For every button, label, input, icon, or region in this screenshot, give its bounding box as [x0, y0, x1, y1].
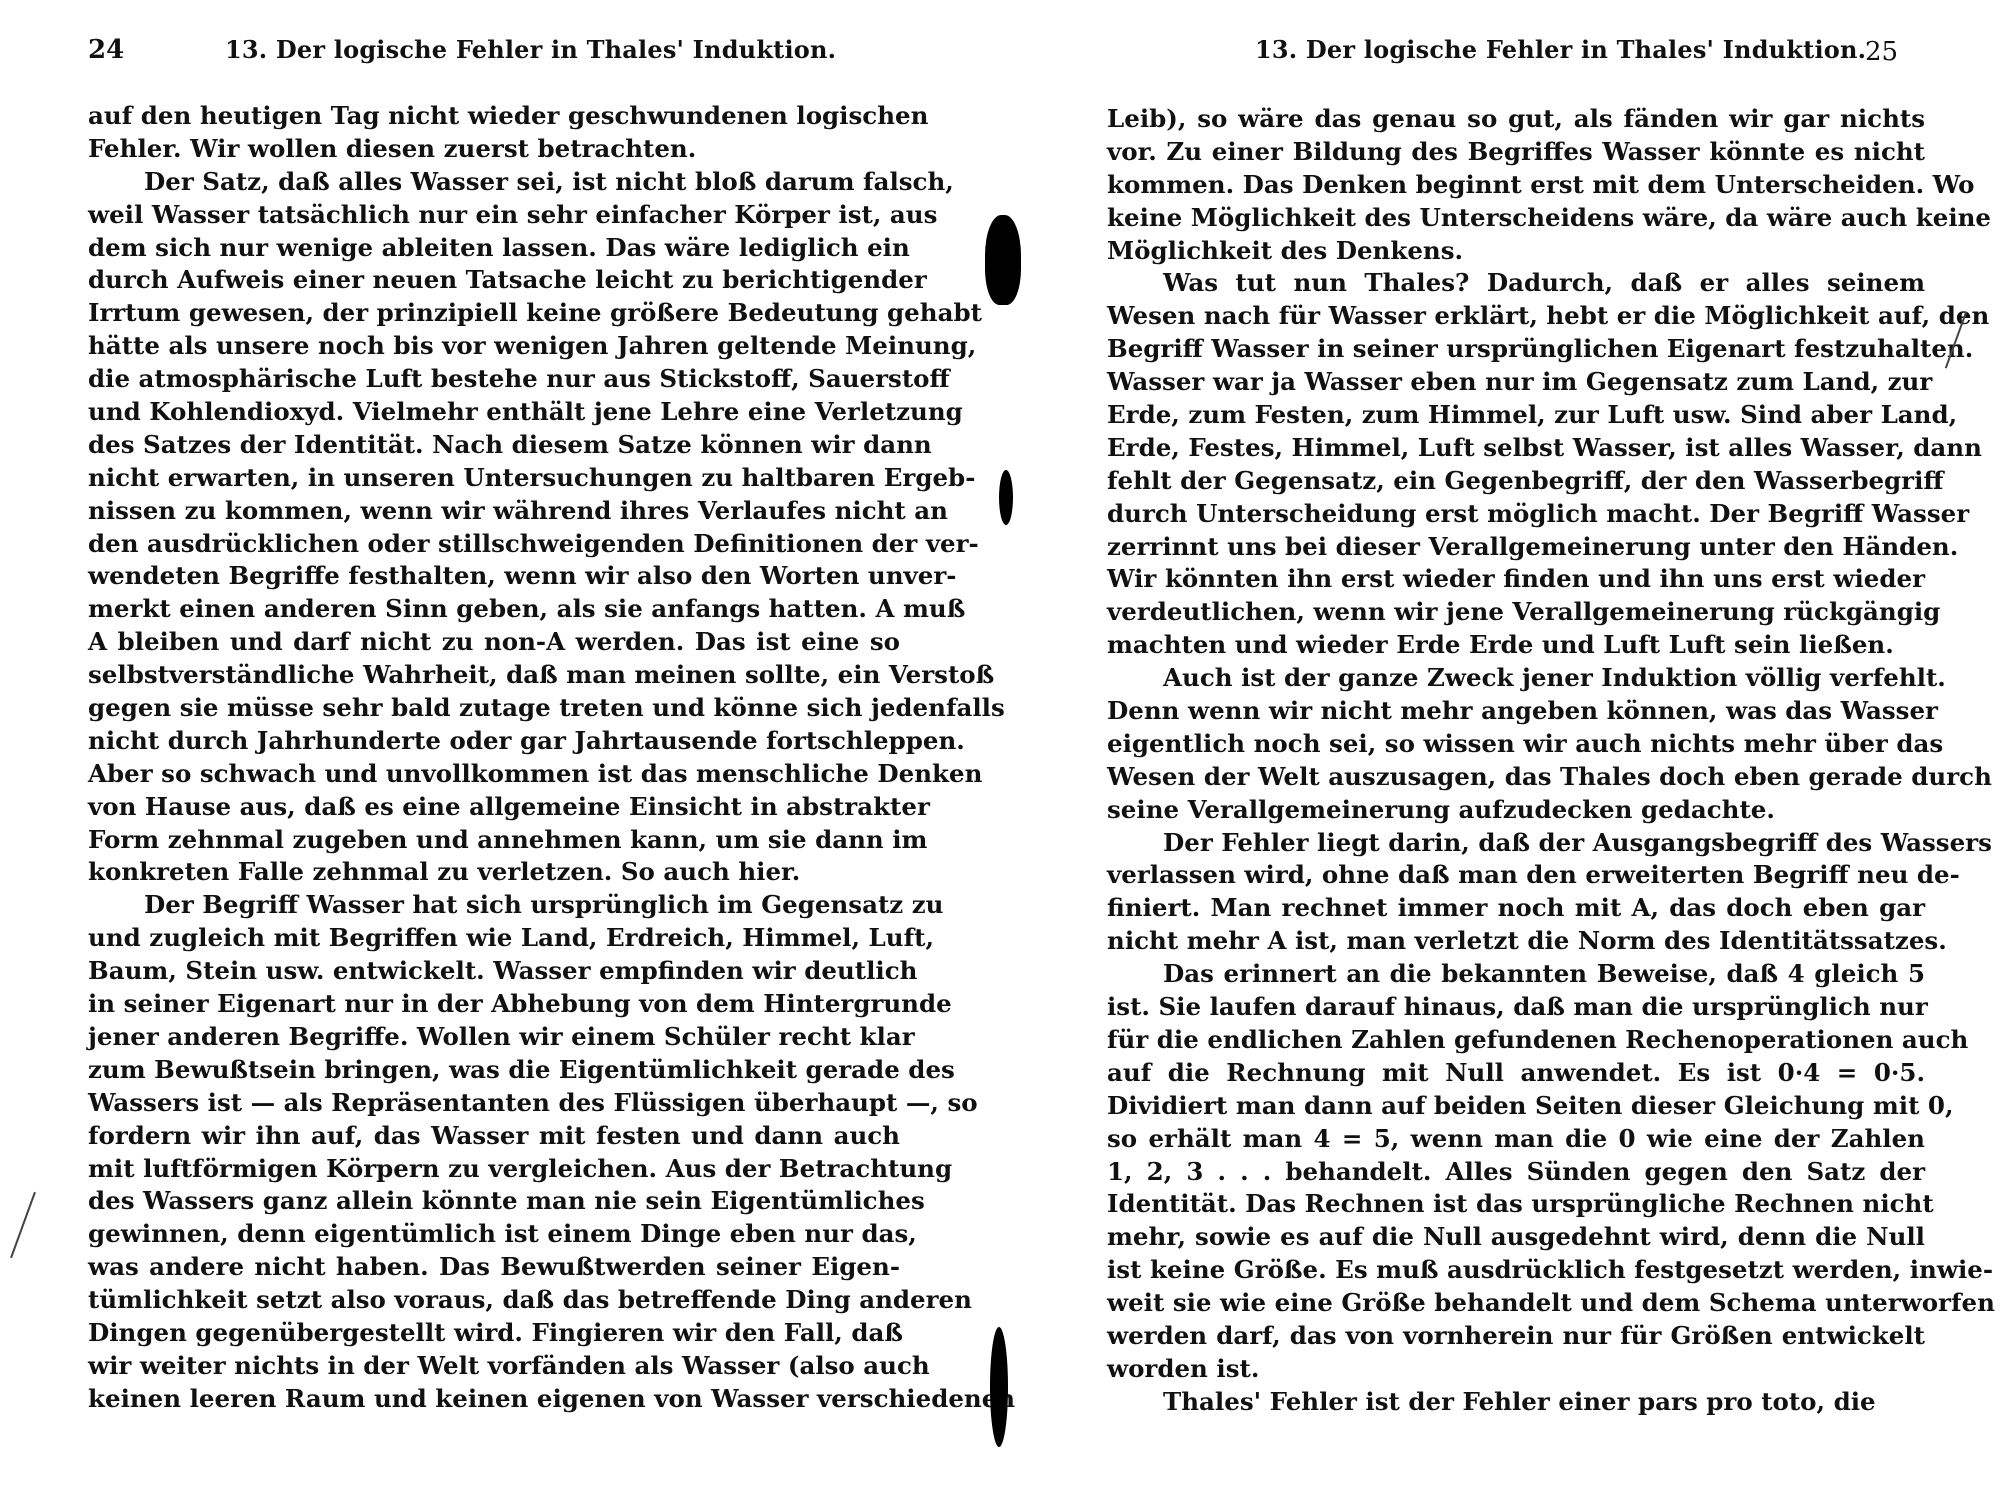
text-line: Wassers ist — als Repräsentanten des Flü…	[88, 1087, 900, 1120]
text-line: Wesen der Welt auszusagen, das Thales do…	[1107, 761, 1925, 794]
text-line: kommen. Das Denken beginnt erst mit dem …	[1107, 169, 1925, 202]
page-body-text: Leib), so wäre das genau so gut, als fän…	[1107, 103, 1925, 1419]
text-line: Das erinnert an die bekannten Beweise, d…	[1107, 958, 1925, 991]
text-line: Aber so schwach und unvollkommen ist das…	[88, 758, 900, 791]
text-line: wendeten Begriffe festhalten, wenn wir a…	[88, 560, 900, 593]
text-line: auf den heutigen Tag nicht wieder geschw…	[88, 100, 900, 133]
text-line: nicht mehr A ist, man verletzt die Norm …	[1107, 925, 1925, 958]
text-line: Irrtum gewesen, der prinzipiell keine gr…	[88, 297, 900, 330]
text-line: verlassen wird, ohne daß man den erweite…	[1107, 859, 1925, 892]
text-line: Denn wenn wir nicht mehr angeben können,…	[1107, 695, 1925, 728]
text-line: selbstverständliche Wahrheit, daß man me…	[88, 659, 900, 692]
text-line: auf die Rechnung mit Null anwendet. Es i…	[1107, 1057, 1925, 1090]
text-line: zum Bewußtsein bringen, was die Eigentüm…	[88, 1054, 900, 1087]
text-line: so erhält man 4 = 5, wenn man die 0 wie …	[1107, 1123, 1925, 1156]
text-line: die atmosphärische Luft bestehe nur aus …	[88, 363, 900, 396]
text-line: fordern wir ihn auf, das Wasser mit fest…	[88, 1120, 900, 1153]
text-line: Baum, Stein usw. entwickelt. Wasser empf…	[88, 955, 900, 988]
text-line: hätte als unsere noch bis vor wenigen Ja…	[88, 330, 900, 363]
text-line: nicht erwarten, in unseren Untersuchunge…	[88, 462, 900, 495]
text-line: dem sich nur wenige ableiten lassen. Das…	[88, 232, 900, 265]
text-line: A bleiben und darf nicht zu non-A werden…	[88, 626, 900, 659]
text-line: eigentlich noch sei, so wissen wir auch …	[1107, 728, 1925, 761]
text-line: mehr, sowie es auf die Null ausgedehnt w…	[1107, 1221, 1925, 1254]
left-page: 24 13. Der logische Fehler in Thales' In…	[0, 0, 1000, 1497]
text-line: Möglichkeit des Denkens.	[1107, 235, 1925, 268]
text-line: gewinnen, denn eigentümlich ist einem Di…	[88, 1218, 900, 1251]
text-line: Wir könnten ihn erst wieder finden und i…	[1107, 563, 1925, 596]
text-line: seine Verallgemeinerung aufzudecken geda…	[1107, 794, 1925, 827]
page-body-text: auf den heutigen Tag nicht wieder geschw…	[88, 100, 900, 1416]
text-line: Wasser war ja Wasser eben nur im Gegensa…	[1107, 366, 1925, 399]
text-line: ist. Sie laufen darauf hinaus, daß man d…	[1107, 991, 1925, 1024]
text-line: Thales' Fehler ist der Fehler einer pars…	[1107, 1386, 1925, 1419]
text-line: jener anderen Begriffe. Wollen wir einem…	[88, 1021, 900, 1054]
text-line: Form zehnmal zugeben und annehmen kann, …	[88, 824, 900, 857]
text-line: Identität. Das Rechnen ist das ursprüngl…	[1107, 1188, 1925, 1221]
text-line: und Kohlendioxyd. Vielmehr enthält jene …	[88, 396, 900, 429]
text-line: Dividiert man dann auf beiden Seiten die…	[1107, 1090, 1925, 1123]
text-line: vor. Zu einer Bildung des Begriffes Wass…	[1107, 136, 1925, 169]
text-line: werden darf, das von vornherein nur für …	[1107, 1320, 1925, 1353]
text-line: Der Fehler liegt darin, daß der Ausgangs…	[1107, 827, 1925, 860]
text-line: des Satzes der Identität. Nach diesem Sa…	[88, 429, 900, 462]
text-line: Fehler. Wir wollen diesen zuerst betrach…	[88, 133, 900, 166]
text-line: den ausdrücklichen oder stillschweigende…	[88, 528, 900, 561]
text-line: fehlt der Gegensatz, ein Gegenbegriff, d…	[1107, 465, 1925, 498]
text-line: verdeutlichen, wenn wir jene Verallgemei…	[1107, 596, 1925, 629]
text-line: gegen sie müsse sehr bald zutage treten …	[88, 692, 900, 725]
text-line: Wesen nach für Wasser erklärt, hebt er d…	[1107, 300, 1925, 333]
text-line: 1, 2, 3 . . . behandelt. Alles Sünden ge…	[1107, 1156, 1925, 1189]
text-line: zerrinnt uns bei dieser Verallgemeinerun…	[1107, 531, 1925, 564]
page-number: 25	[1865, 32, 1898, 72]
text-line: finiert. Man rechnet immer noch mit A, d…	[1107, 892, 1925, 925]
page-number: 24	[88, 30, 124, 70]
text-line: nicht durch Jahrhunderte oder gar Jahrta…	[88, 725, 900, 758]
text-line: Auch ist der ganze Zweck jener Induktion…	[1107, 662, 1925, 695]
text-line: tümlichkeit setzt also voraus, daß das b…	[88, 1284, 900, 1317]
text-line: machten und wieder Erde Erde und Luft Lu…	[1107, 629, 1925, 662]
text-line: und zugleich mit Begriffen wie Land, Erd…	[88, 922, 900, 955]
text-line: was andere nicht haben. Das Bewußtwerden…	[88, 1251, 900, 1284]
text-line: durch Aufweis einer neuen Tatsache leich…	[88, 264, 900, 297]
text-line: nissen zu kommen, wenn wir während ihres…	[88, 495, 900, 528]
text-line: ist keine Größe. Es muß ausdrücklich fes…	[1107, 1254, 1925, 1287]
text-line: worden ist.	[1107, 1353, 1925, 1386]
text-line: des Wassers ganz allein könnte man nie s…	[88, 1185, 900, 1218]
text-line: durch Unterscheidung erst möglich macht.…	[1107, 498, 1925, 531]
right-page: 13. Der logische Fehler in Thales' Induk…	[1000, 0, 2000, 1497]
text-line: Der Begriff Wasser hat sich ursprünglich…	[88, 889, 900, 922]
text-line: Leib), so wäre das genau so gut, als fän…	[1107, 103, 1925, 136]
text-line: Der Satz, daß alles Wasser sei, ist nich…	[88, 166, 900, 199]
text-line: in seiner Eigenart nur in der Abhebung v…	[88, 988, 900, 1021]
running-head: 13. Der logische Fehler in Thales' Induk…	[225, 30, 836, 70]
text-line: keine Möglichkeit des Unterscheidens wär…	[1107, 202, 1925, 235]
text-line: Dingen gegenübergestellt wird. Fingieren…	[88, 1317, 900, 1350]
text-line: keinen leeren Raum und keinen eigenen vo…	[88, 1383, 900, 1416]
text-line: Erde, Festes, Himmel, Luft selbst Wasser…	[1107, 432, 1925, 465]
text-line: weit sie wie eine Größe behandelt und de…	[1107, 1287, 1925, 1320]
text-line: merkt einen anderen Sinn geben, als sie …	[88, 593, 900, 626]
text-line: für die endlichen Zahlen gefundenen Rech…	[1107, 1024, 1925, 1057]
text-line: weil Wasser tatsächlich nur ein sehr ein…	[88, 199, 900, 232]
running-head: 13. Der logische Fehler in Thales' Induk…	[1255, 30, 1866, 70]
text-line: Begriff Wasser in seiner ursprünglichen …	[1107, 333, 1925, 366]
text-line: Was tut nun Thales? Dadurch, daß er alle…	[1107, 267, 1925, 300]
text-line: von Hause aus, daß es eine allgemeine Ei…	[88, 791, 900, 824]
text-line: Erde, zum Festen, zum Himmel, zur Luft u…	[1107, 399, 1925, 432]
text-line: mit luftförmigen Körpern zu vergleichen.…	[88, 1153, 900, 1186]
text-line: wir weiter nichts in der Welt vorfänden …	[88, 1350, 900, 1383]
text-line: konkreten Falle zehnmal zu verletzen. So…	[88, 856, 900, 889]
